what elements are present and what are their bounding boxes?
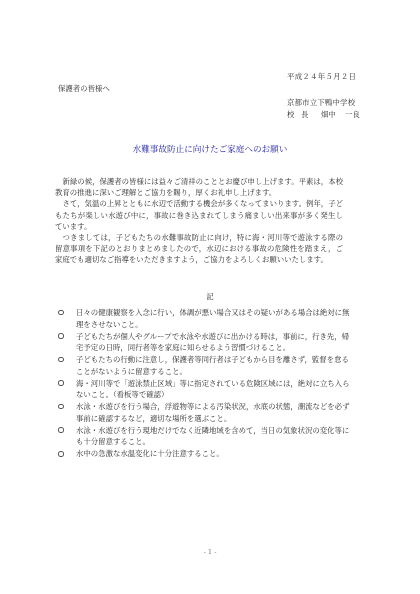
list-item-text: 水泳・水遊びを行う現地だけでなく近隣地域を含めて，当日の気象状況の変化等にも十分…: [76, 426, 349, 447]
document-date: 平成２４年５月２日: [287, 72, 356, 82]
document-title: 水難事故防止に向けたご家庭へのお願い: [0, 145, 420, 155]
circle-icon: [58, 380, 64, 386]
list-item: 海・河川等で「遊泳禁止区域」等に指定されている危険区域には，絶対に立ち入らないこ…: [58, 378, 350, 401]
principal-surname: 畑中: [321, 110, 345, 120]
list-item: 子どもたちの行動に注意し，保護者等同行者は子どもから目を離さず，監督を怠ることが…: [58, 354, 350, 377]
circle-icon: [58, 333, 64, 339]
page-number: - 1 -: [0, 548, 420, 556]
letter-body: 新緑の候，保護者の皆様には益々ご清祥のこととお慶び申し上げます。平素は，本校教育…: [55, 176, 343, 266]
list-item: 日々の健康観察を入念に行い，体調が悪い場合又はその疑いがある場合は絶対に無理をさ…: [58, 307, 350, 330]
circle-icon: [58, 404, 64, 410]
list-item: 水泳・水遊びを行う場合，浮遊物等による汚染状況，水底の状態，潮流などを必ず事前に…: [58, 401, 350, 424]
precautions-list: 日々の健康観察を入念に行い，体調が悪い場合又はその疑いがある場合は絶対に無理をさ…: [58, 307, 350, 460]
document-page: 平成２４年５月２日 保護者の皆様へ 京都市立下鴨中学校 校長畑中一良 水難事故防…: [0, 0, 420, 594]
list-item-text: 水泳・水遊びを行う場合，浮遊物等による汚染状況，水底の状態，潮流などを必ず事前に…: [76, 402, 349, 423]
principal-title-char-1: 校: [287, 110, 301, 120]
list-item: 子どもたちが個人やグループで水泳や水遊びに出かける時は，事前に，行き先，帰宅予定…: [58, 331, 350, 354]
school-name: 京都市立下鴨中学校: [287, 98, 355, 108]
ki-heading: 記: [0, 291, 420, 302]
circle-icon: [58, 427, 64, 433]
list-item-text: 子どもたちが個人やグループで水泳や水遊びに出かける時は，事前に，行き先，帰宅予定…: [76, 332, 349, 353]
addressee: 保護者の皆様へ: [58, 84, 110, 94]
principal-given-name: 一良: [345, 110, 360, 120]
principal-title-char-2: 長: [301, 110, 321, 120]
circle-icon: [58, 357, 64, 363]
list-item-text: 日々の健康観察を入念に行い，体調が悪い場合又はその疑いがある場合は絶対に無理をさ…: [76, 308, 349, 329]
list-item: 水中の急激な水温変化に十分注意すること。: [58, 448, 350, 460]
principal-signature: 校長畑中一良: [287, 110, 360, 120]
list-item-text: 海・河川等で「遊泳禁止区域」等に指定されている危険区域には，絶対に立ち入らないこ…: [76, 379, 349, 400]
list-item: 水泳・水遊びを行う現地だけでなく近隣地域を含めて，当日の気象状況の変化等にも十分…: [58, 425, 350, 448]
list-item-text: 水中の急激な水温変化に十分注意すること。: [76, 449, 224, 458]
circle-icon: [58, 451, 64, 457]
paragraph-context: さて，気温の上昇とともに水辺で活動する機会が多くなってまいります。例年，子どもた…: [55, 198, 343, 232]
paragraph-greeting: 新緑の候，保護者の皆様には益々ご清祥のこととお慶び申し上げます。平素は，本校教育…: [55, 176, 343, 198]
circle-icon: [58, 310, 64, 316]
paragraph-request: つきましては，子どもたちの水難事故防止に向け，特に海・河川等で遊泳する際の留意事…: [55, 232, 343, 266]
list-item-text: 子どもたちの行動に注意し，保護者等同行者は子どもから目を離さず，監督を怠ることが…: [76, 355, 349, 376]
